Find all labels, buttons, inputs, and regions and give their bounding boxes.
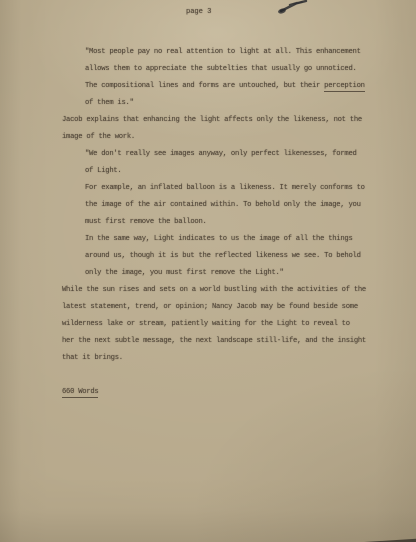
scan-edge-artifact (364, 538, 416, 542)
text-line: of Light. (62, 163, 402, 180)
text-line: image of the work. (62, 129, 402, 146)
pen-mark-icon (266, 0, 310, 16)
word-count: 660 Words (62, 384, 98, 401)
text-line: Jacob explains that enhancing the light … (62, 112, 402, 129)
text-line: "Most people pay no real attention to li… (62, 44, 402, 61)
text-line: around us, though it is but the reflecte… (62, 248, 402, 265)
page-number: page 3 (186, 8, 211, 16)
text-line: "We don't really see images anyway, only… (62, 146, 402, 163)
document-body: "Most people pay no real attention to li… (62, 44, 402, 367)
text-line: that it brings. (62, 350, 402, 367)
text-line: wilderness lake or stream, patiently wai… (62, 316, 402, 333)
text-line: the image of the air contained within. T… (62, 197, 402, 214)
text-line: latest statement, trend, or opinion; Nan… (62, 299, 402, 316)
text-line: In the same way, Light indicates to us t… (62, 231, 402, 248)
underlined-word: perception (324, 82, 365, 92)
text-line: only the image, you must first remove th… (62, 265, 402, 282)
scanned-typewritten-page: page 3 "Most people pay no real attentio… (0, 0, 416, 542)
text-line: For example, an inflated balloon is a li… (62, 180, 402, 197)
text-line: While the sun rises and sets on a world … (62, 282, 402, 299)
text-line: The compositional lines and forms are un… (62, 78, 402, 95)
text-line: allows them to appreciate the subtelties… (62, 61, 402, 78)
text-line: must first remove the balloon. (62, 214, 402, 231)
text-line: her the next subtle message, the next la… (62, 333, 402, 350)
text-line: of them is." (62, 95, 402, 112)
